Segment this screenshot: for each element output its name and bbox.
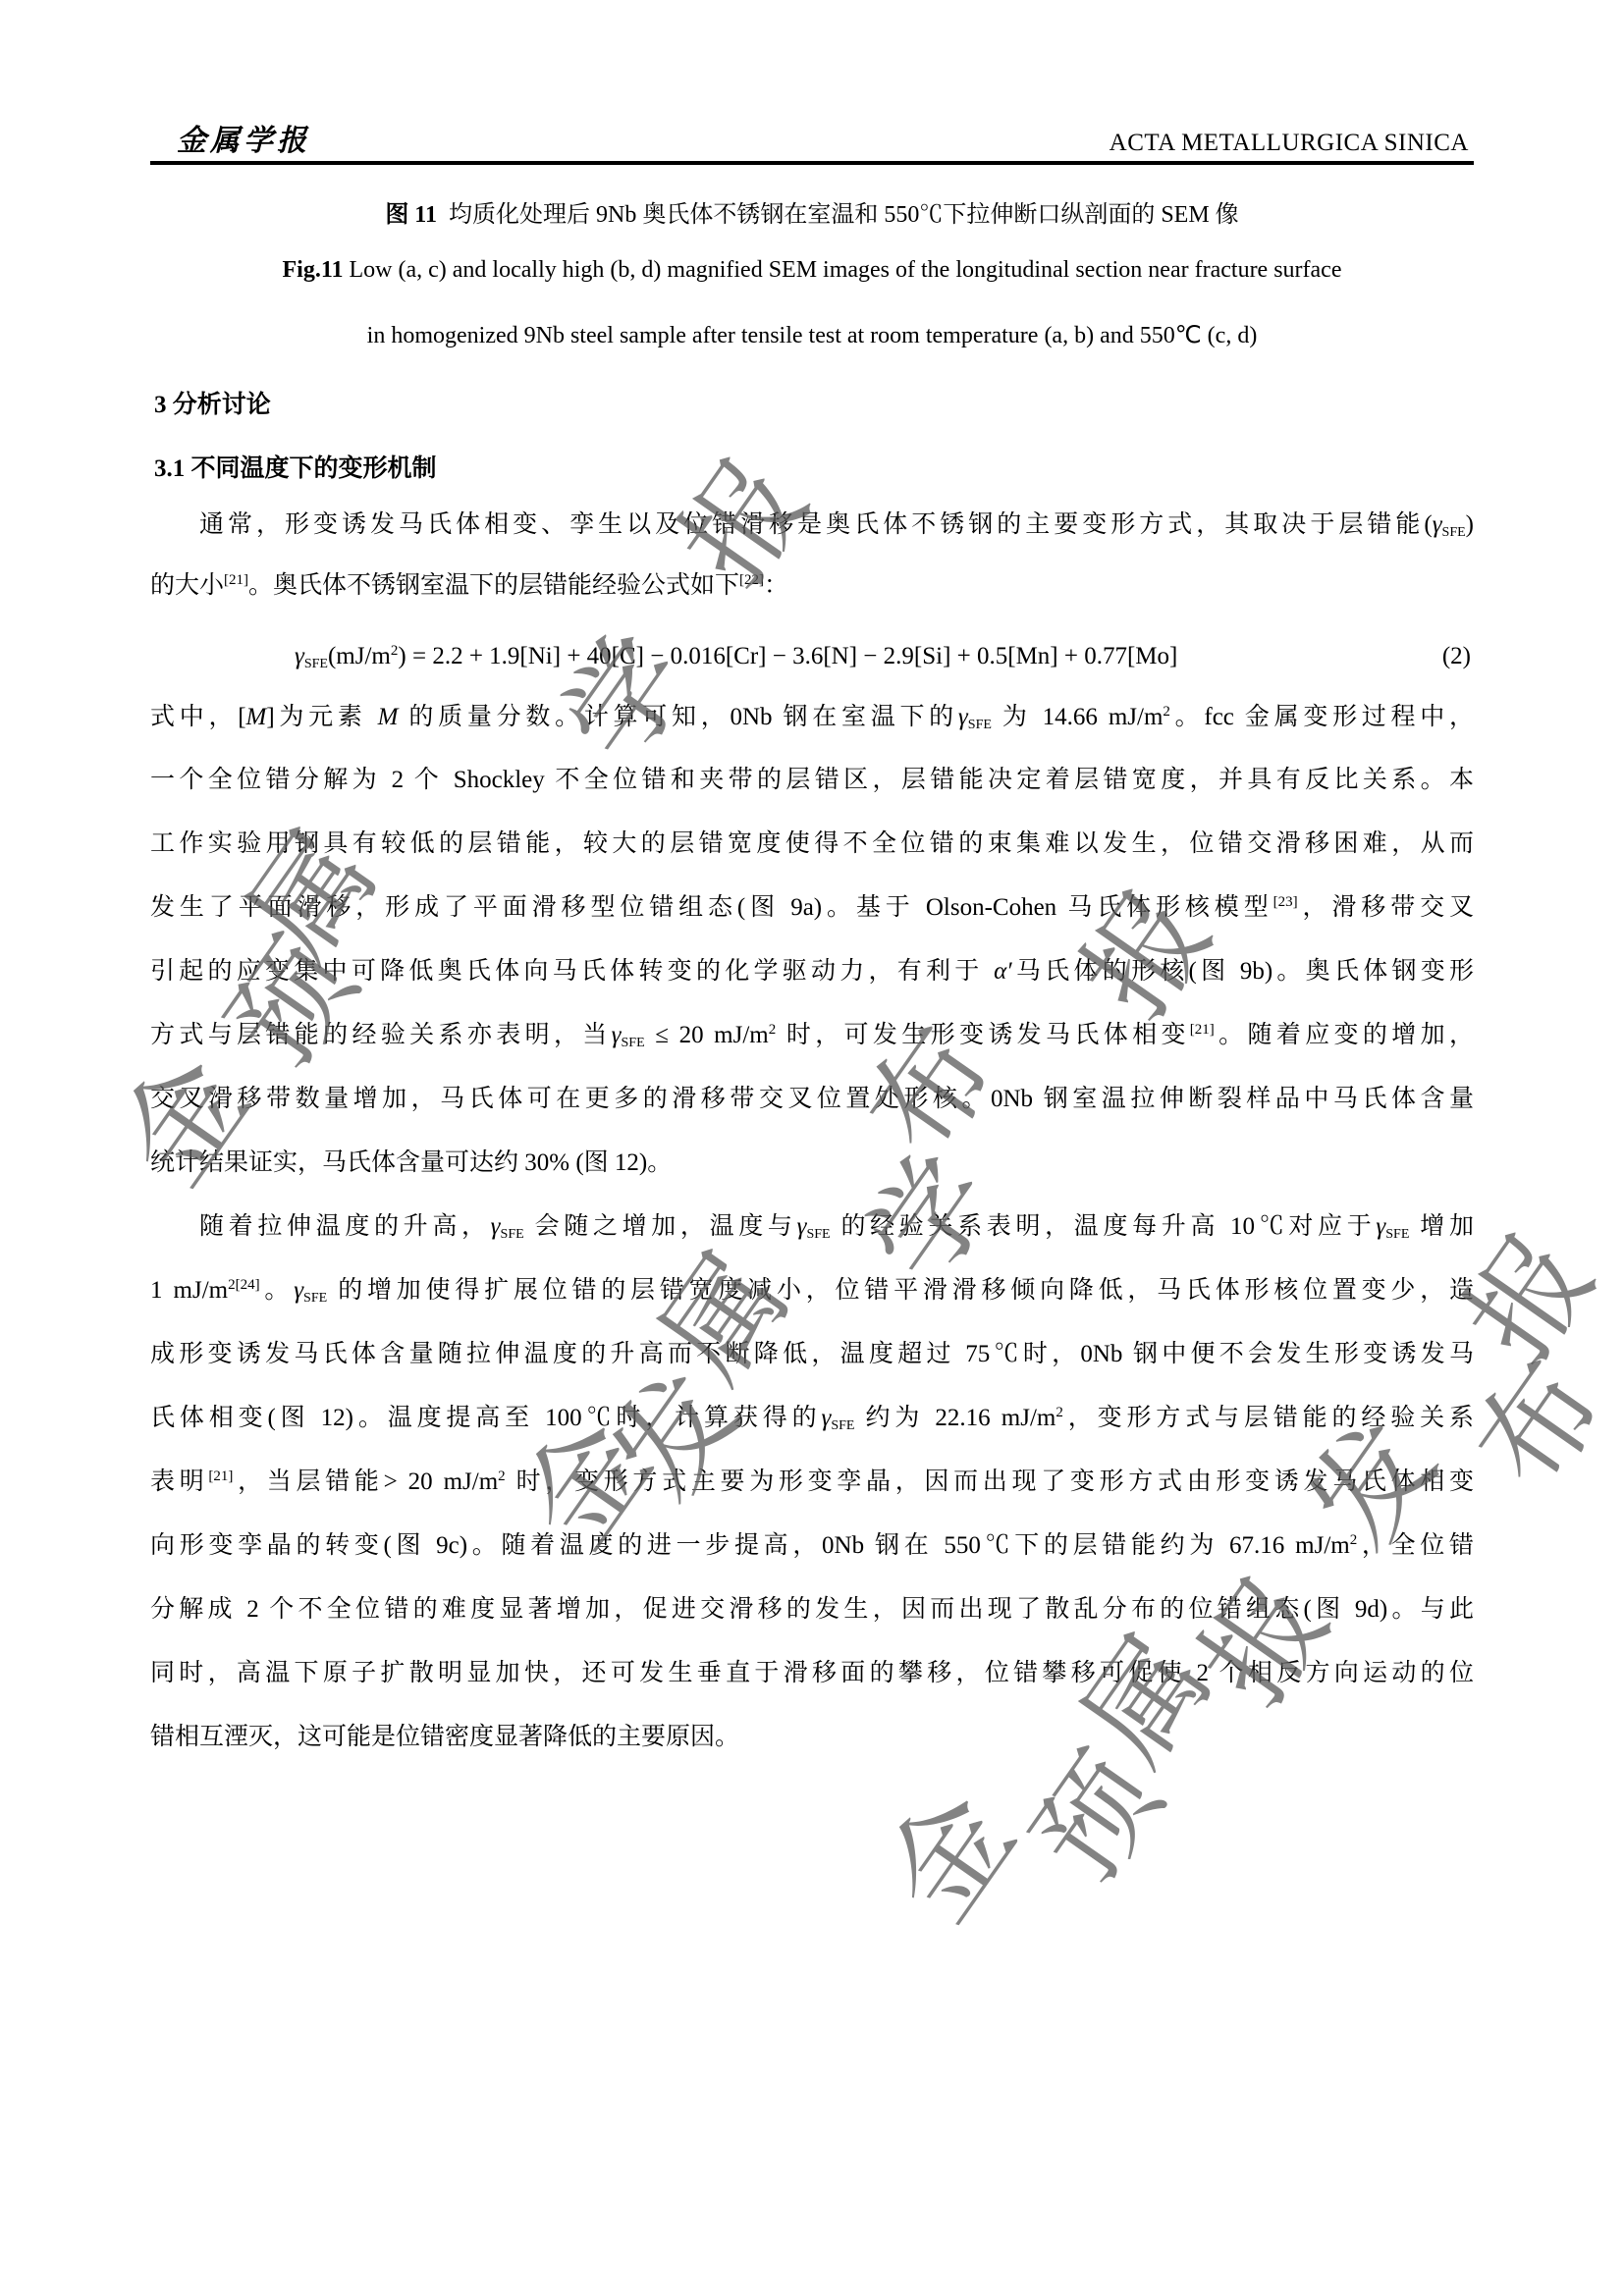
equation-sfe: γSFE(mJ/m2) = 2.2 + 1.9[Ni] + 40[C] − 0.…: [295, 643, 1177, 670]
journal-logo: 金属学报: [177, 116, 310, 159]
citation-21[interactable]: [21]: [224, 572, 248, 588]
watermark-char: 报: [1154, 1539, 1360, 1733]
figure-caption-en-text: Low (a, c) and locally high (b, d) magni…: [350, 257, 1342, 283]
paper-page: 金属学报 ACTA METALLURGICA SINICA 图 11 均质化处理…: [0, 0, 1624, 2296]
watermark-char: 属: [614, 1215, 820, 1409]
paragraph-3-line-6: 向形变孪晶的转变(图 9c)。随着温度的进一步提高，0Nb 钢在 550℃下的层…: [150, 1531, 1474, 1561]
paragraph-3-line-8: 同时，高温下原子扩散明显加快，还可发生垂直于滑移面的攀移，位错攀移可促使 2 个…: [150, 1659, 1474, 1688]
paragraph-1-line-1: 通常，形变诱发马氏体相变、孪生以及位错滑移是奥氏体不锈钢的主要变形方式，其取决于…: [150, 510, 1474, 540]
citation-24[interactable]: [24]: [236, 1277, 260, 1293]
header-rule: [150, 161, 1474, 165]
paragraph-1-line-2: 的大小[21]。奥氏体不锈钢室温下的层错能经验公式如下[22]：: [150, 571, 1474, 601]
paragraph-2-line-4: 发生了平面滑移，形成了平面滑移型位错组态(图 9a)。基于 Olson-Cohe…: [150, 893, 1474, 923]
watermark-char: 学: [515, 597, 722, 790]
watermark-char: 报: [1036, 852, 1242, 1045]
paragraph-2-line-7: 交叉滑移带数量增加，马氏体可在更多的滑移带交叉位置处形核。0Nb 钢室温拉伸断裂…: [150, 1085, 1474, 1114]
figure-caption-en-line1: Fig.11 Low (a, c) and locally high (b, d…: [150, 257, 1474, 284]
figure-label-cn: 图 11: [385, 202, 437, 228]
subsection-title: 3.1 不同温度下的变形机制: [154, 449, 437, 484]
figure-label-en: Fig.11: [282, 257, 343, 283]
paragraph-2-line-5: 引起的应变集中可降低奥氏体向马氏体转变的化学驱动力，有利于 α′马氏体的形核(图…: [150, 957, 1474, 987]
paragraph-2-line-6: 方式与层错能的经验关系亦表明，当γSFE ≤ 20 mJ/m2 时，可发生形变诱…: [150, 1021, 1474, 1050]
figure-caption-cn: 图 11 均质化处理后 9Nb 奥氏体不锈钢在室温和 550℃下拉伸断口纵剖面的…: [150, 194, 1474, 229]
figure-caption-cn-text: 均质化处理后 9Nb 奥氏体不锈钢在室温和 550℃下拉伸断口纵剖面的 SEM …: [449, 202, 1239, 228]
paragraph-2-line-2: 一个全位错分解为 2 个 Shockley 不全位错和夹带的层错区，层错能决定着…: [150, 766, 1474, 795]
paragraph-3-line-7: 分解成 2 个不全位错的难度显著增加，促进交滑移的发生，因而出现了散乱分布的位错…: [150, 1595, 1474, 1625]
watermark-char: 预: [182, 901, 388, 1095]
journal-name: ACTA METALLURGICA SINICA: [1110, 130, 1469, 157]
paragraph-2-line-8: 统计结果证实，马氏体含量可达约 30% (图 12)。: [150, 1148, 1474, 1178]
paragraph-2-line-3: 工作实验用钢具有较低的层错能，较大的层错宽度使得不全位错的束集难以发生，位错交滑…: [150, 829, 1474, 859]
watermark-char: 金: [839, 1755, 1046, 1949]
section-title: 3 分析讨论: [154, 385, 271, 420]
paragraph-3-line-5: 表明[21]，当层错能> 20 mJ/m2 时，变形方式主要为形变孪晶，因而出现…: [150, 1468, 1474, 1497]
equation-number: (2): [1442, 643, 1471, 670]
paragraph-3-line-2: 1 mJ/m2[24]。γSFE 的增加使得扩展位错的层错宽度减小，位错平滑滑移…: [150, 1276, 1474, 1306]
paragraph-3-line-3: 成形变诱发马氏体含量随拉伸温度的升高而不断降低，温度超过 75℃时，0Nb 钢中…: [150, 1340, 1474, 1369]
paragraph-3-line-9: 错相互湮灭，这可能是位错密度显著降低的主要原因。: [150, 1723, 1474, 1752]
citation-23[interactable]: [23]: [1273, 894, 1298, 910]
watermark-char: 属: [1036, 1598, 1242, 1791]
paragraph-2-line-1: 式中，[M]为元素 M 的质量分数。计算可知，0Nb 钢在室温下的γSFE 为 …: [150, 703, 1474, 732]
paragraph-3-line-1: 随着拉伸温度的升高，γSFE 会随之增加，温度与γSFE 的经验关系表明，温度每…: [150, 1212, 1474, 1242]
citation-22[interactable]: [22]: [739, 572, 764, 588]
paragraph-3-line-4: 氏体相变(图 12)。温度提高至 100℃时，计算获得的γSFE 约为 22.1…: [150, 1404, 1474, 1433]
figure-caption-en-line2: in homogenized 9Nb steel sample after te…: [150, 321, 1474, 349]
citation-21[interactable]: [21]: [208, 1468, 233, 1484]
citation-21[interactable]: [21]: [1190, 1022, 1215, 1038]
